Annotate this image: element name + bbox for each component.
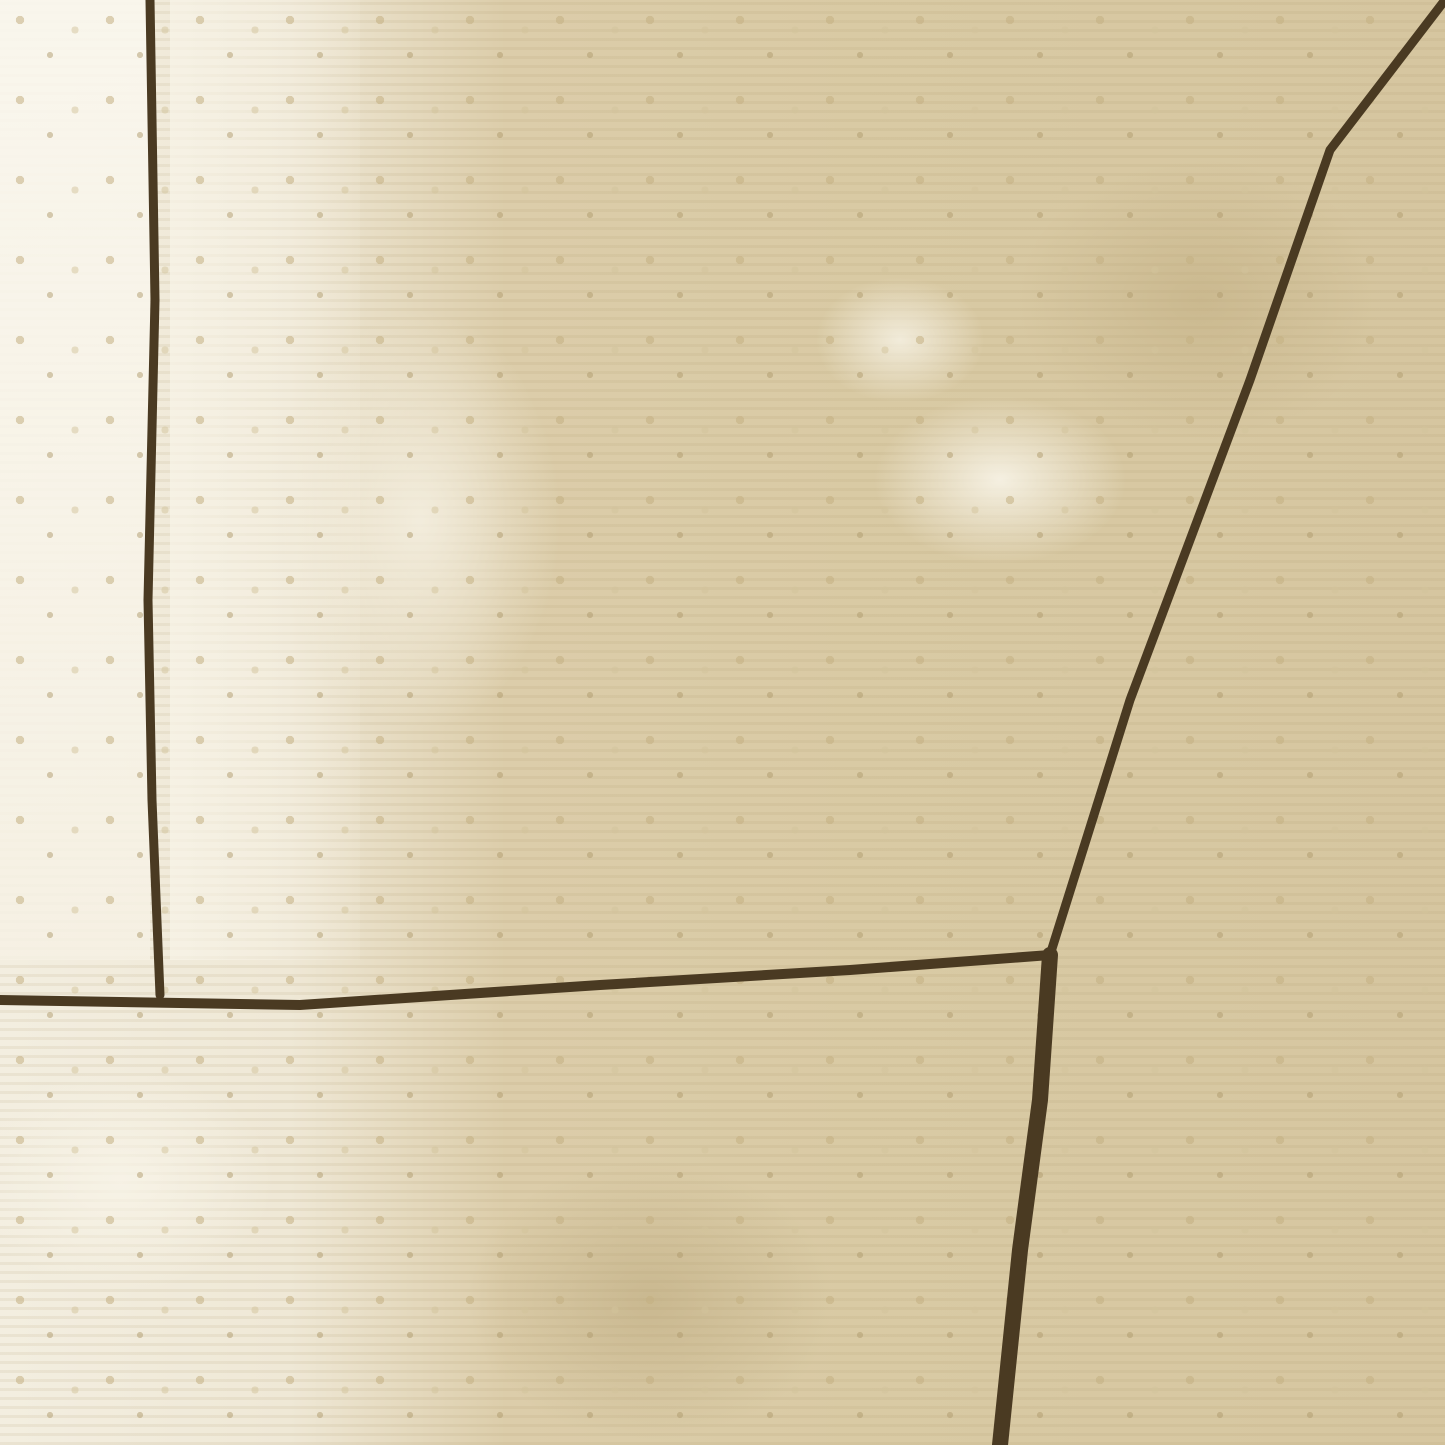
- dark-pattern-lines: [0, 0, 1445, 1445]
- vertical-line-left: [148, 0, 160, 995]
- diagonal-line: [1050, 0, 1445, 955]
- rug-texture-photo: [0, 0, 1445, 1445]
- lower-line: [1000, 955, 1050, 1445]
